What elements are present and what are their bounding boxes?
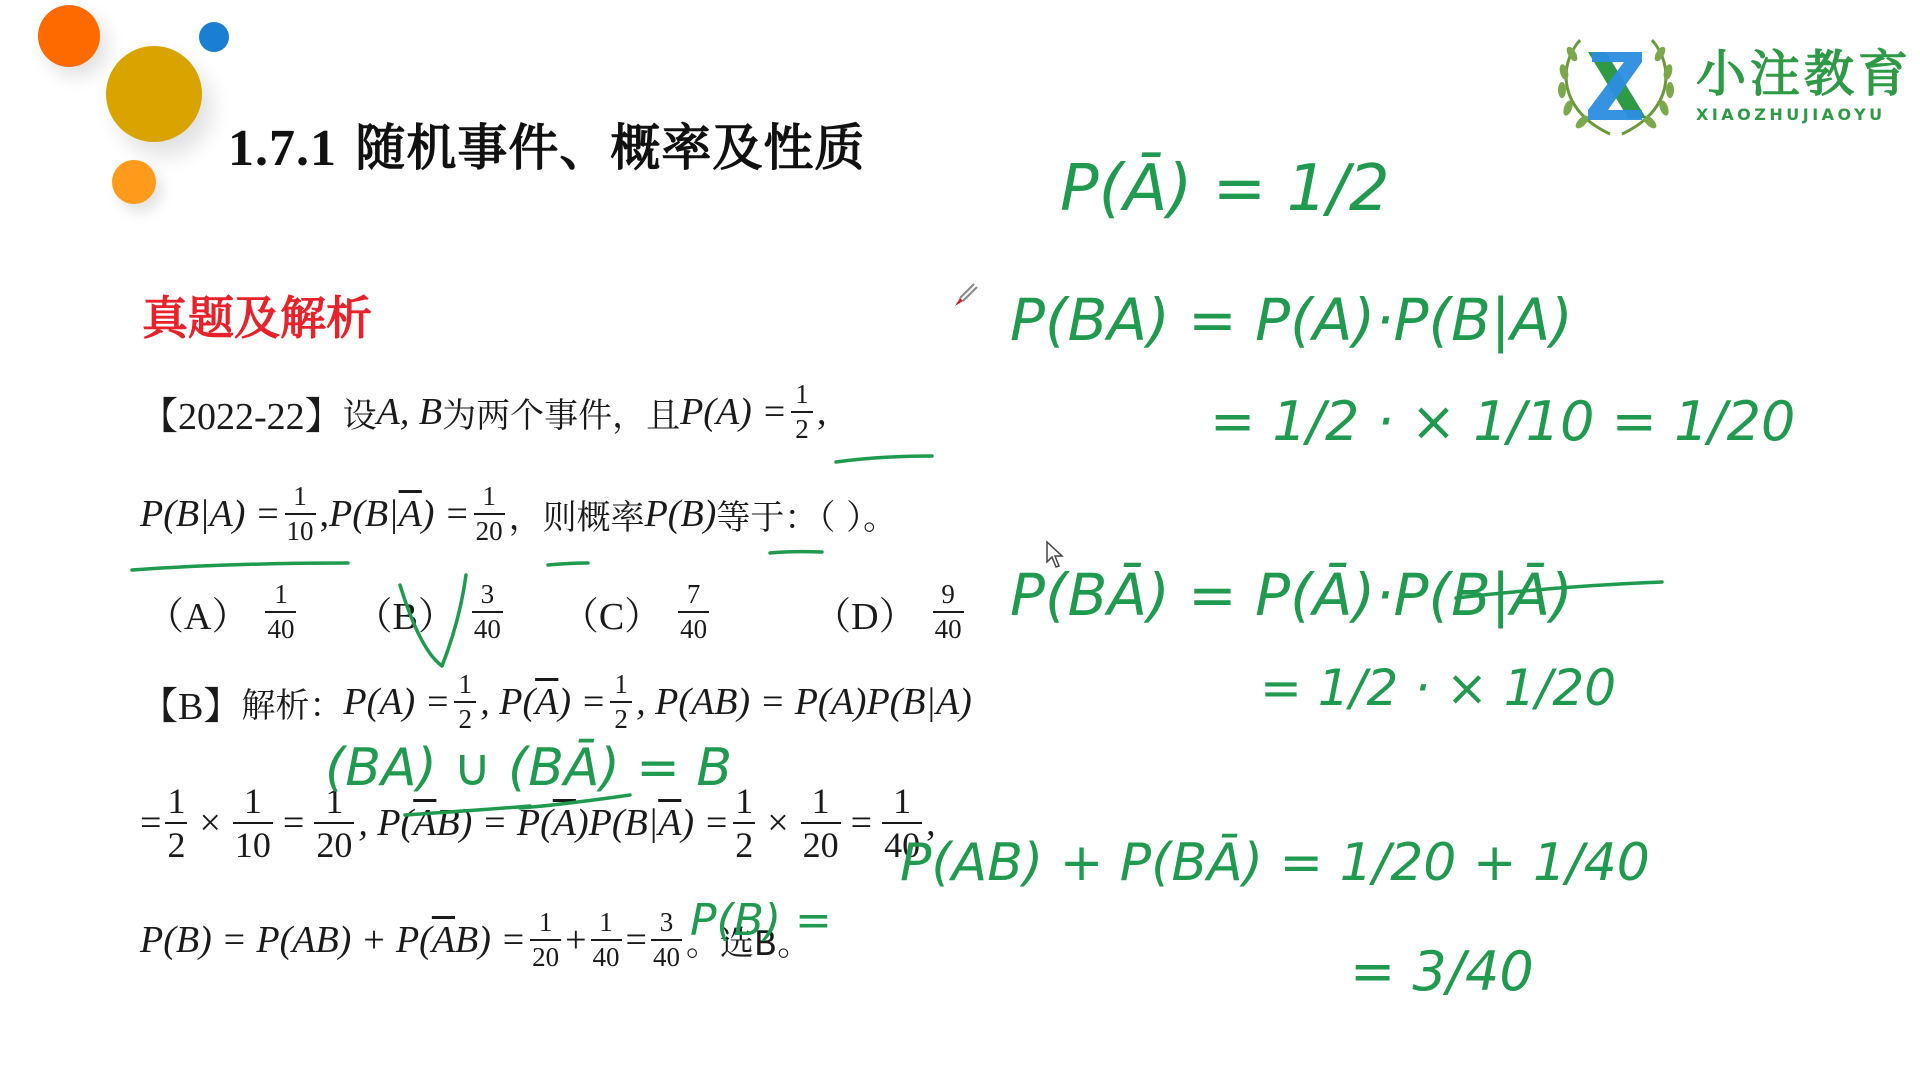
question-tag: 【2022-22】 [140,385,343,440]
fraction-bar [472,611,503,613]
mouse-pointer-icon [1045,540,1067,570]
denominator: 2 [456,705,474,734]
numerator: 3 [479,580,497,609]
numerator: 1 [733,782,755,820]
question-line-1: 【2022-22】 设 A, B 为两个事件，且 P(A) = 12, [140,380,826,444]
fraction: 12 [165,782,187,864]
decor-dot-orange [38,5,100,67]
text: 为两个事件，且 [442,388,680,437]
denominator: 20 [801,826,841,864]
fraction: 140 [265,580,296,644]
math: )P(B| [576,801,658,845]
denominator: 20 [530,943,561,972]
numerator: 1 [272,580,290,609]
numerator: 1 [323,782,345,820]
denominator: 40 [265,615,296,644]
answer-tag: 【B】 [140,675,241,730]
numerator: 7 [685,580,703,609]
fraction: 110 [233,782,273,864]
numerator: 1 [480,482,498,511]
math-complement: A [535,680,558,724]
laurel-wreath-icon [1550,30,1682,142]
hw-p-b-notA-calc: = 1/2 · × 1/20 [1260,659,1616,717]
text: ，则概率 [509,490,645,539]
fraction-bar [678,611,709,613]
math: × [199,801,220,845]
fraction-bar [801,822,841,824]
denominator: 20 [314,826,354,864]
text: 。选B。 [686,916,811,965]
math-complement: A [432,918,455,962]
math: = [626,918,647,962]
hw-sum: P(AB) + P(BĀ) = 1/20 + 1/40 [900,833,1650,893]
fraction: 12 [791,380,813,444]
numerator: 1 [291,482,309,511]
math: , P( [480,680,535,724]
denominator: 40 [591,943,622,972]
fraction: 12 [454,670,476,734]
numerator: 1 [537,908,555,937]
math: B) = [455,918,526,962]
fraction: 340 [472,580,503,644]
numerator: 1 [597,908,615,937]
fraction-bar [591,939,622,941]
title-text: 随机事件、概率及性质 [355,119,865,177]
hw-p-ba-calc: = 1/2 · × 1/10 = 1/20 [1210,390,1795,453]
slide-title: 1.7.1 随机事件、概率及性质 [228,108,865,180]
numerator: 3 [658,908,676,937]
denominator: 10 [233,826,273,864]
solution-line-1: 【B】 解析： P(A) = 12 , P(A) = 12 , P(AB) = … [140,670,972,734]
math: P(A) = [343,680,450,724]
math: × [767,801,788,845]
text: 设 [343,388,377,437]
fraction-bar [882,822,922,824]
fraction: 940 [933,580,964,644]
decor-dot-blue [199,22,229,52]
option-label: （B） [354,585,455,640]
numerator: 1 [242,782,264,820]
solution-line-2: = 12 × 110 = 120 , P(AB) = P(A)P(B|A) = … [140,782,936,864]
math-pa: P(A) = [680,390,787,434]
solution-label: 解析： [241,678,343,727]
fraction: 140 [591,908,622,972]
denominator: 20 [474,517,505,546]
brand-logo: 小注教育 XIAOZHUJIAOYU [1550,30,1912,142]
math-complement: A [553,801,576,845]
decor-dot-gold [106,46,202,142]
numerator: 1 [612,670,630,699]
denominator: 2 [612,705,630,734]
fraction-bar [265,611,296,613]
fraction: 340 [651,908,682,972]
decor-dot-light-orange [112,160,156,204]
fraction-bar [285,513,316,515]
hw-p-b-notA: P(BĀ) = P(Ā)·P(B|Ā) [1010,561,1573,629]
math-pba: P(B|A) = [140,492,281,536]
math: , P( [358,801,413,845]
math-complement: A [658,801,681,845]
denominator: 40 [933,615,964,644]
solution-line-3: P(B) = P(AB) + P(AB) = 120 + 140 = 340 。… [140,908,811,972]
math-vars: A, B [377,390,442,434]
fraction-bar [454,701,476,703]
option-label: （C） [561,585,662,640]
math: ) = [558,680,606,724]
section-heading: 真题及解析 [142,282,372,348]
math: P(B) = P(AB) + P( [140,918,432,962]
title-number: 1.7.1 [228,120,337,177]
hw-p-ba: P(BA) = P(A)·P(B|A) [1010,286,1573,354]
fraction-bar [733,822,755,824]
denominator: 2 [165,826,187,864]
fraction: 110 [285,482,316,546]
option-c: （C）740 [561,580,713,644]
math-complement: A [413,801,436,845]
option-label: （D） [813,585,916,640]
math: = [283,801,304,845]
numerator: 1 [456,670,474,699]
math: , P(AB) = P(A)P(B|A) [636,680,972,724]
math: = [851,801,872,845]
fraction: 120 [530,908,561,972]
option-a: （A）140 [146,580,300,644]
fraction: 140 [882,782,922,864]
fraction-bar [474,513,505,515]
numerator: 9 [939,580,957,609]
denominator: 40 [882,826,922,864]
fraction-bar [791,411,813,413]
fraction: 740 [678,580,709,644]
denominator: 2 [793,415,811,444]
fraction: 12 [733,782,755,864]
math: P(B| [329,492,399,536]
math: = [140,801,161,845]
option-b: （B）340 [354,580,506,644]
numerator: 1 [891,782,913,820]
math: + [565,918,586,962]
math: ) = [422,492,470,536]
fraction: 120 [801,782,841,864]
denominator: 10 [285,517,316,546]
fraction: 120 [314,782,354,864]
pen-tool-icon[interactable] [950,280,980,310]
fraction-bar [610,701,632,703]
fraction-bar [933,611,964,613]
question-line-2: P(B|A) = 110, P(B|A) = 120 ，则概率 P(B) 等于：… [140,482,897,546]
answer-options: （A）140 （B）340 （C）740 （D）940 [146,580,1022,644]
math: , [926,801,936,845]
text: 等于：（ ）。 [716,490,897,539]
hw-result: = 3/40 [1350,940,1534,1003]
brand-name-en: XIAOZHUJIAOYU [1696,105,1912,124]
math-pb: P(B) [645,492,717,536]
fraction: 120 [474,482,505,546]
denominator: 2 [733,826,755,864]
denominator: 40 [651,943,682,972]
numerator: 1 [810,782,832,820]
math: B) = P( [436,801,552,845]
fraction-bar [233,822,273,824]
fraction-bar [165,822,187,824]
math: ) = [681,801,729,845]
fraction-bar [314,822,354,824]
fraction-bar [651,939,682,941]
denominator: 40 [472,615,503,644]
fraction: 12 [610,670,632,734]
math-complement: A [399,492,422,536]
numerator: 1 [793,380,811,409]
numerator: 1 [165,782,187,820]
fraction-bar [530,939,561,941]
option-label: （A） [146,585,249,640]
brand-name-cn: 小注教育 [1696,49,1912,99]
option-d: （D）940 [813,580,967,644]
denominator: 40 [678,615,709,644]
hw-p-notA-half: P(Ā) = 1/2 [1060,152,1390,226]
